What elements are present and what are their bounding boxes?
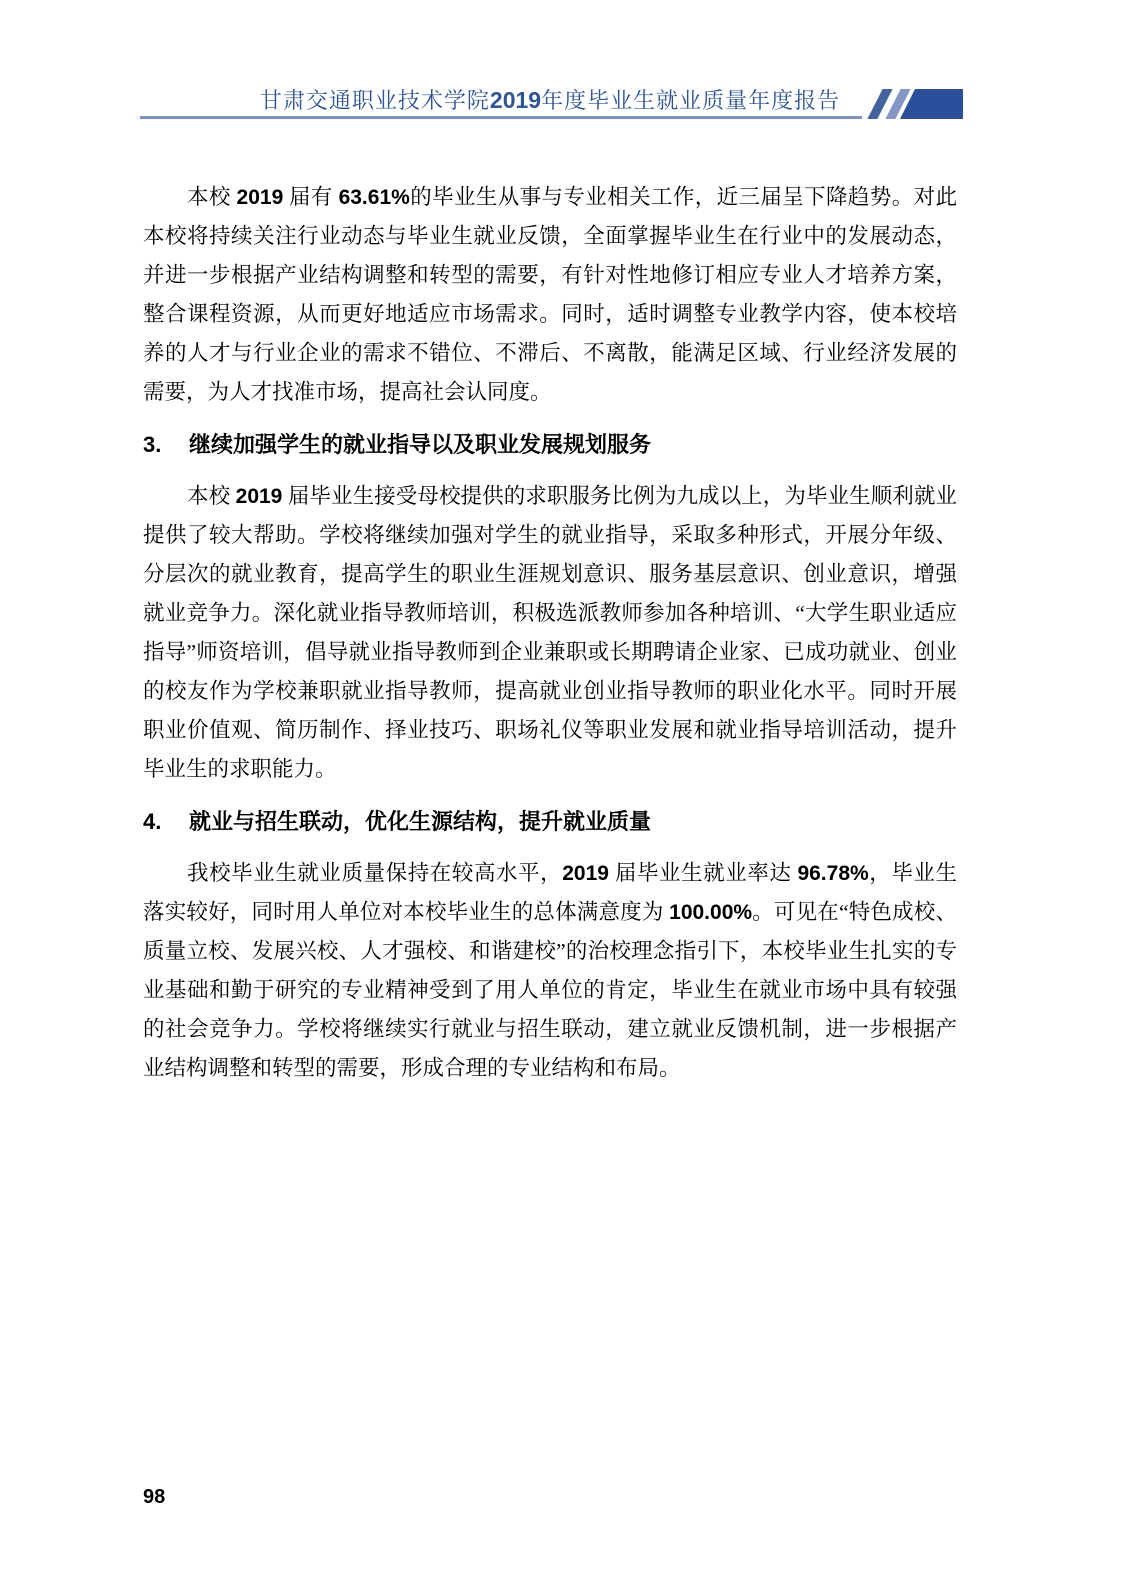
page-number: 98 (143, 1486, 165, 1509)
text-run: 。可见在“特色成校、质量立校、发展兴校、人才强校、和谐建校”的治校理念指引下，本… (143, 900, 957, 1080)
text-run: 我校毕业生就业质量保持在较高水平， (187, 861, 562, 885)
header-title-part: 甘肃交通职业技术学院 (260, 88, 490, 113)
section-heading-3: 3.继续加强学生的就业指导以及职业发展规划服务 (143, 430, 957, 460)
section-heading-4: 4.就业与招生联动，优化生源结构，提升就业质量 (143, 807, 957, 837)
body-paragraph-2: 本校 2019 届毕业生接受母校提供的求职服务比例为九成以上，为毕业生顺利就业提… (143, 477, 957, 789)
bold-number: 2019 (236, 485, 283, 508)
header-title-part: 年度毕业生就业质量年度报告 (541, 88, 840, 113)
header-title: 甘肃交通职业技术学院2019年度毕业生就业质量年度报告 (143, 84, 957, 115)
text-run: 届有 (283, 185, 338, 209)
heading-label: 继续加强学生的就业指导以及职业发展规划服务 (189, 432, 651, 457)
body-paragraph-1: 本校 2019 届有 63.61%的毕业生从事与专业相关工作，近三届呈下降趋势。… (143, 178, 957, 412)
header-rule-divider (140, 116, 862, 119)
bold-number: 2019 (562, 862, 609, 885)
bold-number: 63.61% (339, 186, 410, 209)
bold-number: 2019 (237, 186, 284, 209)
document-body: 本校 2019 届有 63.61%的毕业生从事与专业相关工作，近三届呈下降趋势。… (143, 178, 957, 1088)
text-run: 本校 (187, 484, 236, 508)
heading-number: 4. (143, 807, 189, 837)
text-run: 本校 (187, 185, 237, 209)
bold-number: 96.78% (797, 862, 868, 885)
body-paragraph-3: 我校毕业生就业质量保持在较高水平，2019 届毕业生就业率达 96.78%，毕业… (143, 854, 957, 1088)
header-title-year: 2019 (490, 87, 541, 113)
text-run: 届毕业生接受母校提供的求职服务比例为九成以上，为毕业生顺利就业提供了较大帮助。学… (143, 484, 957, 781)
document-page: 甘肃交通职业技术学院2019年度毕业生就业质量年度报告 本校 2019 届有 6… (0, 0, 1122, 1587)
heading-label: 就业与招生联动，优化生源结构，提升就业质量 (189, 809, 651, 834)
text-run: 届毕业生就业率达 (609, 861, 797, 885)
text-run: 的毕业生从事与专业相关工作，近三届呈下降趋势。对此本校将持续关注行业动态与毕业生… (143, 185, 957, 404)
heading-number: 3. (143, 430, 189, 460)
bold-number: 100.00% (669, 901, 752, 924)
